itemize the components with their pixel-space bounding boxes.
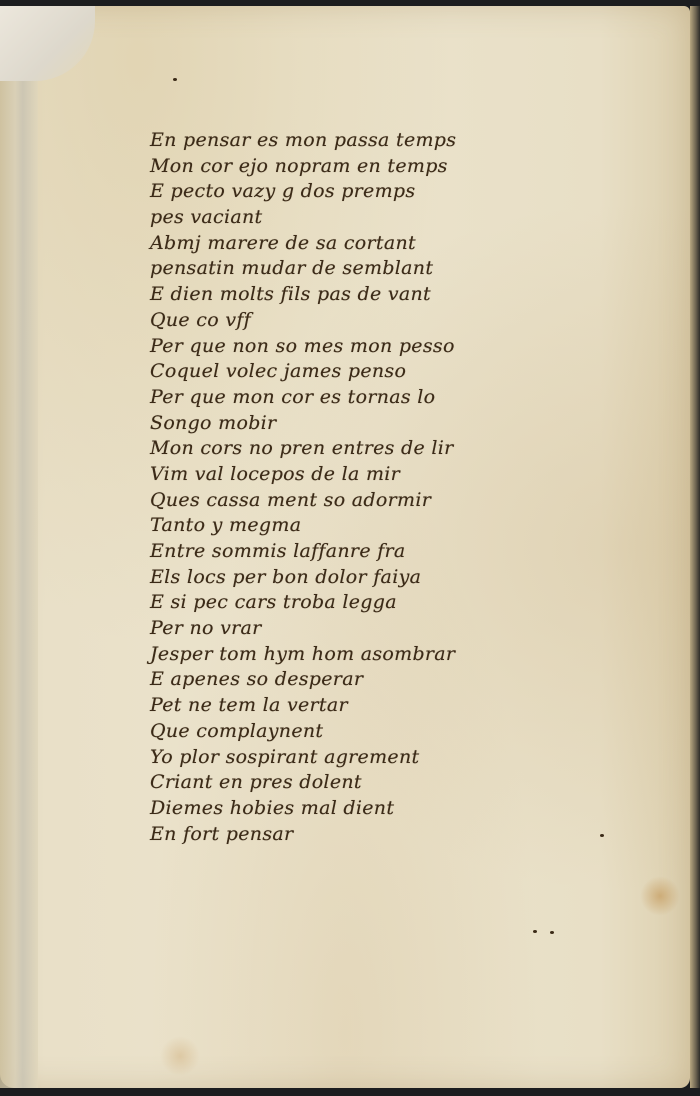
text-line: Vim val locepos de la mir [150, 462, 610, 488]
text-line: Mon cors no pren entres de lir [150, 436, 610, 462]
text-line: pes vaciant [150, 205, 610, 231]
text-line: E si pec cars troba legga [150, 590, 610, 616]
text-line: Per que mon cor es tornas lo [150, 385, 610, 411]
folded-corner [0, 6, 95, 81]
text-line: Criant en pres dolent [150, 770, 610, 796]
text-line: E dien molts fils pas de vant [150, 282, 610, 308]
text-line: En fort pensar [150, 822, 610, 848]
page-right-edge [690, 6, 700, 1088]
text-line: Entre sommis laffanre fra [150, 539, 610, 565]
ink-dot [173, 78, 177, 81]
text-line: Pet ne tem la vertar [150, 693, 610, 719]
page-left-edge [0, 6, 38, 1088]
text-line: Per no vrar [150, 616, 610, 642]
text-line: Coquel volec james penso [150, 359, 610, 385]
text-line: E pecto vazy g dos premps [150, 179, 610, 205]
foxing-stain [160, 1036, 200, 1076]
text-line: Yo plor sospirant agrement [150, 745, 610, 771]
ink-dot [533, 930, 537, 933]
ink-dot [600, 834, 604, 837]
text-line: Diemes hobies mal dient [150, 796, 610, 822]
ink-dot [550, 931, 554, 934]
text-line: Els locs per bon dolor faiya [150, 565, 610, 591]
text-line: pensatin mudar de semblant [150, 256, 610, 282]
text-line: E apenes so desperar [150, 667, 610, 693]
poem-text-block: En pensar es mon passa temps Mon cor ejo… [150, 128, 610, 847]
text-line: Mon cor ejo nopram en temps [150, 154, 610, 180]
text-line: Per que non so mes mon pesso [150, 334, 610, 360]
text-line: Que co vff [150, 308, 610, 334]
ink-stain [640, 876, 680, 916]
text-line: Ques cassa ment so adormir [150, 488, 610, 514]
text-line: Que complaynent [150, 719, 610, 745]
manuscript-page: En pensar es mon passa temps Mon cor ejo… [0, 6, 690, 1088]
text-line: Abmj marere de sa cortant [150, 231, 610, 257]
text-line: Jesper tom hym hom asombrar [150, 642, 610, 668]
text-line: Songo mobir [150, 411, 610, 437]
text-line: Tanto y megma [150, 513, 610, 539]
text-line: En pensar es mon passa temps [150, 128, 610, 154]
